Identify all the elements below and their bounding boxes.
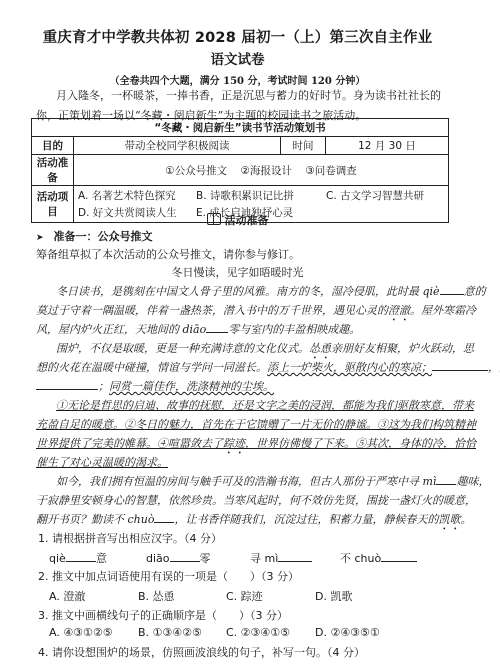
instruction-text: 筹备组草拟了本次活动的公众号推文，请你参与修订。 bbox=[36, 246, 451, 262]
text: 翻开书页？勤读不 chuò bbox=[36, 513, 154, 526]
article-line: 想的火花在温暖中碰撞，情谊与学问一同滋长。添上一炉柴火，驱散内心的寒凉；，对 bbox=[36, 359, 451, 375]
text: ，世界仿佛慢了下来。⑤其次，身体的冷，恰恰 bbox=[245, 437, 476, 450]
text: 风，屋内炉火正红，天地间的 diāo bbox=[36, 323, 206, 336]
q3-option-d[interactable]: D. ②④③⑤① bbox=[315, 626, 380, 639]
question-3-stem: 3. 推文中画横线句子的正确顺序是（ ）（3 分） bbox=[38, 607, 288, 623]
article-line: 于寂静里安顿身心的智慧，依然珍贵。当寒风起时，何不效仿先贤，围拢一盏灯火的暖意， bbox=[36, 492, 451, 508]
q2-option-b[interactable]: B. 怂恿 bbox=[138, 588, 175, 604]
project-item: B. 诗歌积累识记比拼 bbox=[196, 188, 314, 203]
question-1-stem: 1. 请根据拼音写出相应汉字。（4 分） bbox=[38, 530, 222, 546]
purpose-value: 带动全校同学积极阅读 bbox=[74, 137, 281, 155]
section-title: 活动准备 bbox=[225, 214, 269, 227]
text: 如今，我们拥有恒温的房间与触手可及的浩瀚书海，但古人那份于严寒中寻 mì bbox=[56, 475, 436, 488]
q3-option-a[interactable]: A. ④③①②⑤ bbox=[49, 626, 113, 639]
wavy-sentence: 同赏一篇佳作，洗涤精神的尘埃。 bbox=[109, 380, 274, 393]
plan-table-title: “冬藏・阅启新生”读书节活动策划书 bbox=[32, 119, 449, 137]
text: 想的火花在温暖中碰撞，情谊与学问一同滋长。 bbox=[36, 361, 267, 374]
q1-blank-qie: qiè意 bbox=[49, 550, 107, 566]
book-icon bbox=[207, 213, 221, 225]
question-4-stem: 4. 请你设想围炉的场景，仿照画波浪线的句子，补写一句。（4 分） bbox=[38, 644, 365, 660]
text: 零 bbox=[200, 552, 211, 565]
time-value: 12 月 30 日 bbox=[326, 137, 449, 155]
article-title: 冬日慢读，见字如晤暖时光 bbox=[0, 264, 475, 280]
answer-blank[interactable] bbox=[278, 561, 312, 562]
dotted-word: 澄澈 bbox=[388, 304, 410, 317]
purpose-label: 目的 bbox=[32, 137, 74, 155]
text: 零与室内的丰盈相映成趣。 bbox=[228, 323, 360, 336]
exam-title: 重庆育才中学教共体初 2028 届初一（上）第三次自主作业 bbox=[0, 26, 475, 47]
prep-item: ②海报设计 bbox=[241, 165, 292, 177]
underlined-line: 充盈自足的暖意。②冬日的魅力，首先在于它馈赠了一片无价的静谧。③这为我们构筑精神 bbox=[36, 416, 451, 432]
dotted-word: 凯歌 bbox=[438, 513, 460, 526]
pinyin: 不 chuò bbox=[340, 552, 381, 565]
q1-blank-chuo: 不 chuò bbox=[340, 550, 417, 566]
q1-blank-mi: 寻 mì bbox=[250, 550, 312, 566]
underlined-line: ①无论是哲思的启迪、故事的抚慰，还是文字之美的浸润，都能为我们驱散寒意，带来 bbox=[36, 397, 451, 413]
q2-option-d[interactable]: D. 凯歌 bbox=[315, 588, 352, 604]
article-line: 风，屋内炉火正红，天地间的 diāo零与室内的丰盈相映成趣。 bbox=[36, 321, 451, 337]
article-line: 如今，我们拥有恒温的房间与触手可及的浩瀚书海，但古人那份于严寒中寻 mì趣味， bbox=[36, 473, 451, 489]
article-line: 冬日读书，是镌刻在中国文人骨子里的风雅。南方的冬，湿冷侵肌，此时最 qiè意的 bbox=[36, 283, 451, 299]
exam-note: （全卷共四个大题，满分 150 分，考试时间 120 分钟） bbox=[0, 72, 475, 87]
pinyin: 寻 mì bbox=[250, 552, 278, 565]
prep-item: ③问卷调查 bbox=[305, 165, 356, 177]
project-item: C. 古文学习智慧共研 bbox=[314, 188, 444, 203]
answer-blank[interactable] bbox=[66, 561, 96, 562]
dotted-word: 怂恿 bbox=[309, 342, 331, 355]
prep-label: 活动准备 bbox=[32, 155, 74, 186]
text: 世界提供了完美的帷幕。④喧嚣敛去了 bbox=[36, 437, 223, 450]
text: ，对 bbox=[488, 361, 500, 374]
section-heading: 活动准备 bbox=[0, 212, 475, 228]
underlined-line: 催生了对心灵温暖的渴求。 bbox=[36, 454, 451, 470]
prep-one-heading: ➤准备一：公众号推文 bbox=[36, 228, 153, 244]
answer-blank[interactable] bbox=[36, 389, 98, 390]
pinyin-blank[interactable] bbox=[154, 522, 174, 523]
text: 。 bbox=[460, 513, 471, 526]
text: 趣味， bbox=[456, 475, 489, 488]
q3-option-c[interactable]: C. ②③④①⑤ bbox=[226, 626, 290, 639]
article-line: ；同赏一篇佳作，洗涤精神的尘埃。 bbox=[36, 378, 451, 394]
project-item: A. 名著艺术特色探究 bbox=[78, 188, 196, 203]
answer-blank[interactable] bbox=[432, 370, 488, 371]
text: 冬日读书，是镌刻在中国文人骨子里的风雅。南方的冬，湿冷侵肌，此时最 qiè bbox=[56, 285, 440, 298]
prep-items: ①公众号推文 ②海报设计 ③问卷调查 bbox=[74, 155, 449, 186]
text: 。屋外寒霜冷 bbox=[410, 304, 476, 317]
text: ； bbox=[98, 380, 109, 393]
dotted-word: 踪迹 bbox=[223, 437, 245, 450]
prep-item: ①公众号推文 bbox=[165, 165, 227, 177]
text: 意的 bbox=[464, 285, 486, 298]
arrow-bullet-icon: ➤ bbox=[36, 233, 44, 243]
q3-option-b[interactable]: B. ①③④②⑤ bbox=[138, 626, 202, 639]
question-2-stem: 2. 推文中加点词语使用有误的一项是（ ）（3 分） bbox=[38, 568, 299, 584]
pinyin-blank[interactable] bbox=[436, 484, 456, 485]
plan-table: “冬藏・阅启新生”读书节活动策划书 目的 带动全校同学积极阅读 时间 12 月 … bbox=[31, 118, 449, 223]
text: 莫过于守着一隅温暖，伴着一盏热茶，潜入书中的万千世界，遇见心灵的 bbox=[36, 304, 388, 317]
exam-page: 重庆育才中学教共体初 2028 届初一（上）第三次自主作业 语文试卷 （全卷共四… bbox=[0, 0, 500, 664]
wavy-sentence: 添上一炉柴火，驱散内心的寒凉； bbox=[267, 361, 432, 374]
pinyin: qiè bbox=[49, 552, 66, 565]
pinyin-blank[interactable] bbox=[440, 294, 464, 295]
pinyin: diāo bbox=[146, 552, 170, 565]
answer-blank[interactable] bbox=[170, 561, 200, 562]
time-label: 时间 bbox=[281, 137, 326, 155]
text: ，让书香伴随我们，沉淀过往，积蓄力量，静候春天的 bbox=[174, 513, 438, 526]
q1-blank-diao: diāo零 bbox=[146, 550, 211, 566]
pinyin-blank[interactable] bbox=[206, 332, 228, 333]
q2-option-a[interactable]: A. 澄澈 bbox=[49, 588, 85, 604]
exam-subtitle: 语文试卷 bbox=[0, 48, 475, 68]
text: 围炉，不仅是取暖，更是一种充满诗意的文化仪式。 bbox=[56, 342, 309, 355]
prep-one-title: 准备一：公众号推文 bbox=[54, 230, 153, 243]
q2-option-c[interactable]: C. 踪迹 bbox=[226, 588, 263, 604]
text: 意 bbox=[96, 552, 107, 565]
answer-blank[interactable] bbox=[381, 561, 417, 562]
text: 亲朋好友相聚，炉火跃动，思 bbox=[331, 342, 474, 355]
